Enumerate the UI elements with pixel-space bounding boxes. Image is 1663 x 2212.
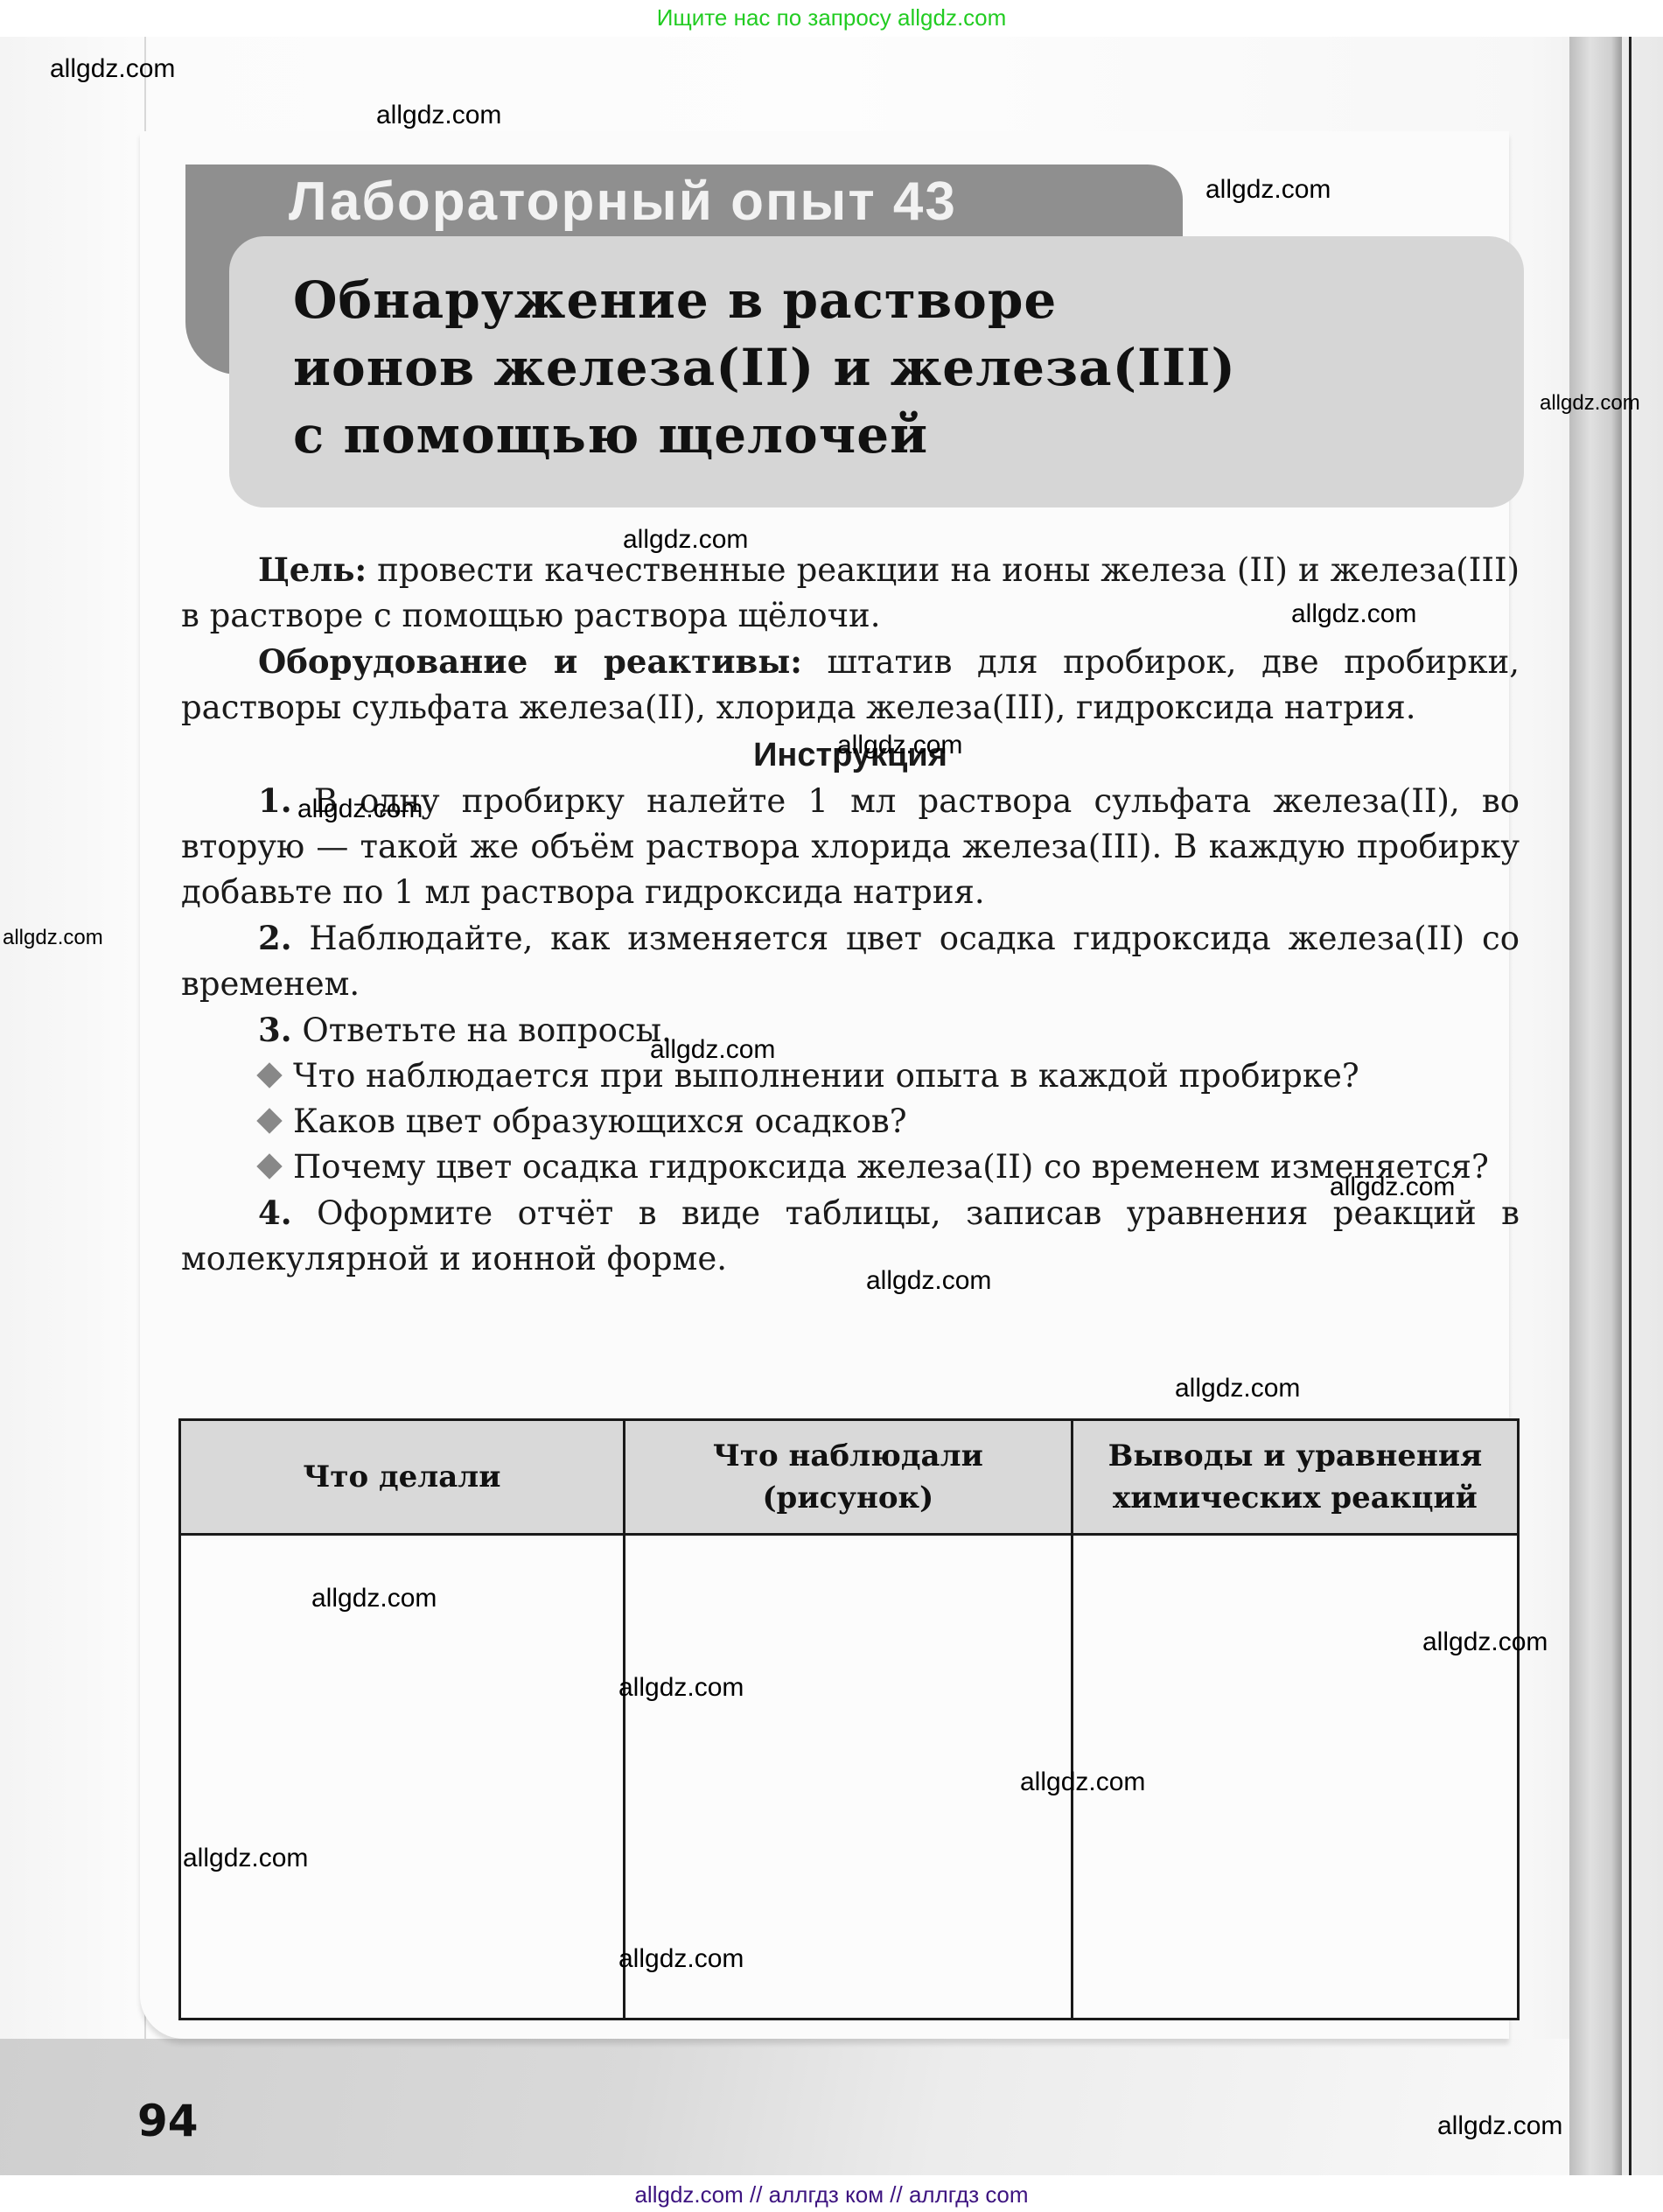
watermark: allgdz.com [1540,391,1640,416]
watermark: allgdz.com [376,101,501,130]
diamond-bullet-icon [256,1062,282,1088]
watermark: allgdz.com [297,794,423,824]
page-title: Обнаружение в растворе ионов железа(II) … [293,267,1236,469]
question-item: Почему цвет осадка гидроксида железа(II)… [181,1144,1520,1190]
watermark: allgdz.com [1020,1767,1145,1797]
watermark: allgdz.com [1291,599,1416,629]
watermark: allgdz.com [3,926,103,950]
question-item: Каков цвет образующихся осадков? [181,1099,1520,1144]
equipment-label: Оборудование и реактивы: [258,642,802,681]
book-spine-edge [1629,37,1632,2175]
step-text: Наблюдайте, как изменяется цвет осадка г… [181,920,1520,1003]
step-number: 4. [258,1193,292,1232]
watermark: allgdz.com [618,1673,744,1703]
bottom-watermark-banner: allgdz.com // аллгдз ком // аллгдз com [0,2177,1663,2212]
column-header-observed: Что наблюдали (рисунок) [624,1420,1072,1535]
lab-body: Цель: провести качественные реакции на и… [181,547,1520,1282]
step-number: 3. [258,1011,292,1049]
watermark: allgdz.com [50,54,175,84]
watermark: allgdz.com [623,525,748,555]
report-table: Что делали Что наблюдали (рисунок) Вывод… [178,1418,1520,2020]
watermark: allgdz.com [650,1035,775,1065]
equipment-paragraph: Оборудование и реактивы: штатив для проб… [181,639,1520,731]
title-line: Обнаружение в растворе [293,267,1236,334]
title-line: ионов железа(II) и железа(III) [293,334,1236,402]
question-text: Что наблюдается при выполнении опыта в к… [293,1057,1359,1095]
question-text: Каков цвет образующихся осадков? [293,1102,907,1140]
page-bottom-shadow [0,2039,1569,2175]
watermark: allgdz.com [837,731,962,760]
lab-label: Лабораторный опыт 43 [289,171,957,233]
table-header-row: Что делали Что наблюдали (рисунок) Вывод… [180,1420,1519,1535]
book-spine [1569,37,1622,2175]
page-number: 94 [137,2096,199,2146]
question-text: Почему цвет осадка гидроксида железа(II)… [293,1148,1489,1186]
step-number: 1. [258,781,292,820]
top-watermark-banner: Ищите нас по запросу allgdz.com [0,0,1663,35]
instruction-step: 2. Наблюдайте, как изменяется цвет осадк… [181,915,1520,1007]
instruction-step: 4. Оформите отчёт в виде таблицы, записа… [181,1190,1520,1282]
watermark: allgdz.com [1175,1374,1300,1403]
column-header-what-done: Что делали [180,1420,625,1535]
watermark: allgdz.com [311,1584,437,1613]
goal-label: Цель: [258,550,367,589]
question-item: Что наблюдается при выполнении опыта в к… [181,1053,1520,1099]
column-header-conclusions: Выводы и уравнения химических реакций [1072,1420,1518,1535]
watermark: allgdz.com [183,1844,308,1873]
title-line: с помощью щелочей [293,402,1236,469]
watermark: allgdz.com [1437,2111,1562,2141]
watermark: allgdz.com [618,1944,744,1974]
diamond-bullet-icon [256,1108,282,1133]
step-number: 2. [258,919,292,957]
watermark: allgdz.com [866,1266,991,1296]
watermark: allgdz.com [1330,1172,1455,1202]
instruction-step: 3. Ответьте на вопросы. [181,1007,1520,1053]
diamond-bullet-icon [256,1153,282,1179]
watermark: allgdz.com [1205,175,1331,205]
watermark: allgdz.com [1422,1627,1548,1657]
step-text: Оформите отчёт в виде таблицы, записав у… [181,1194,1520,1277]
step-text: Ответьте на вопросы. [292,1011,672,1049]
